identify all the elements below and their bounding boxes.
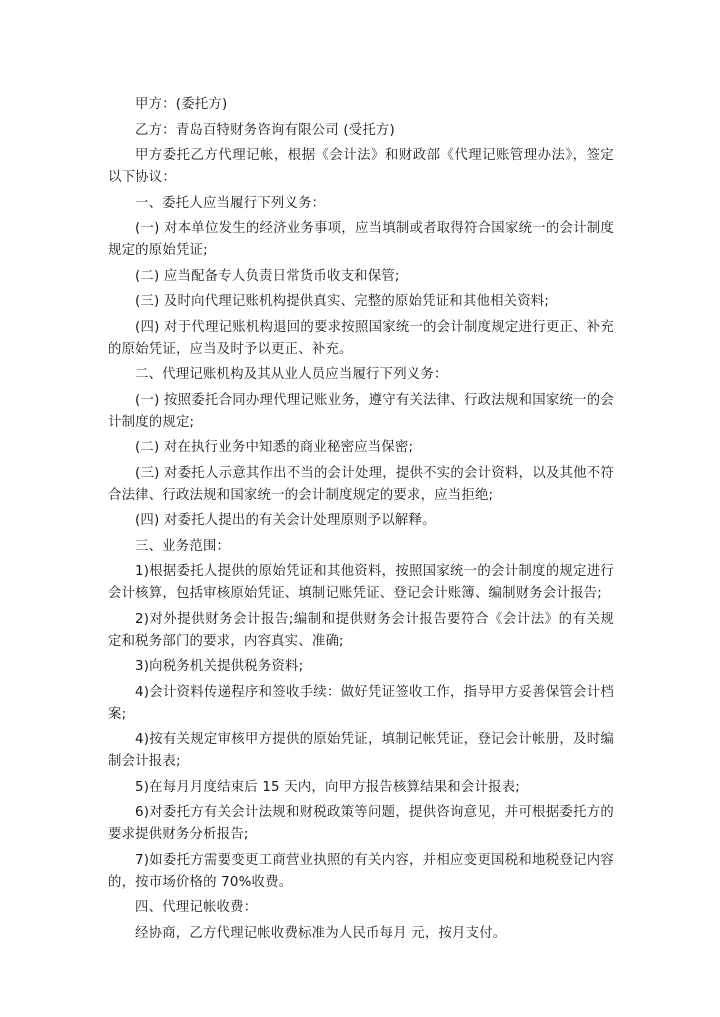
section-3-item-3: 3)向税务机关提供税务资料; [108, 656, 614, 678]
section-2-item-1: (一) 按照委托合同办理代理记账业务，遵守有关法律、行政法规和国家统一的会计制度… [108, 390, 614, 434]
section-3-item-6: 5)在每月月度结束后 15 天内，向甲方报告核算结果和会计报表; [108, 777, 614, 799]
section-3-item-4: 4)会计资料传递程序和签收手续：做好凭证签收工作，指导甲方妥善保管会计档案; [108, 682, 614, 726]
section-3-item-8: 7)如委托方需要变更工商营业执照的有关内容，并相应变更国税和地税登记内容的，按市… [108, 850, 614, 894]
section-1-item-4: (四) 对于代理记账机构退回的要求按照国家统一的会计制度规定进行更正、补充的原始… [108, 317, 614, 361]
section-3-item-1: 1)根据委托人提供的原始凭证和其他资料，按照国家统一的会计制度的规定进行会计核算… [108, 561, 614, 605]
section-3-item-5: 4)按有关规定审核甲方提供的原始凭证，填制记帐凭证，登记会计帐册，及时编制会计报… [108, 729, 614, 773]
party-b-line: 乙方：青岛百特财务咨询有限公司 (受托方) [108, 120, 614, 142]
section-4-item-1: 经协商，乙方代理记帐收费标准为人民币每月 元，按月支付。 [108, 923, 614, 945]
section-3-item-7: 6)对委托方有关会计法规和财税政策等问题，提供咨询意见，并可根据委托方的要求提供… [108, 802, 614, 846]
section-1-item-3: (三) 及时向代理记账机构提供真实、完整的原始凭证和其他相关资料; [108, 291, 614, 313]
section-2-item-4: (四) 对委托人提出的有关会计处理原则予以解释。 [108, 510, 614, 532]
section-4-heading: 四、代理记帐收费： [108, 897, 614, 919]
section-3-heading: 三、业务范围： [108, 536, 614, 558]
contract-document: 甲方：(委托方) 乙方：青岛百特财务咨询有限公司 (受托方) 甲方委托乙方代理记… [108, 94, 614, 948]
section-2-item-2: (二) 对在执行业务中知悉的商业秘密应当保密; [108, 437, 614, 459]
section-1-item-1: (一) 对本单位发生的经济业务事项，应当填制或者取得符合国家统一的会计制度规定的… [108, 218, 614, 262]
section-2-item-3: (三) 对委托人示意其作出不当的会计处理，提供不实的会计资料，以及其他不符合法律… [108, 463, 614, 507]
section-1-item-2: (二) 应当配备专人负责日常货币收支和保管; [108, 266, 614, 288]
party-a-line: 甲方：(委托方) [108, 94, 614, 116]
intro-paragraph: 甲方委托乙方代理记帐，根据《会计法》和财政部《代理记账管理办法》，签定以下协议： [108, 145, 614, 189]
section-1-heading: 一、委托人应当履行下列义务： [108, 193, 614, 215]
section-3-item-2: 2)对外提供财务会计报告;编制和提供财务会计报告要符合《会计法》的有关规定和税务… [108, 609, 614, 653]
section-2-heading: 二、代理记账机构及其从业人员应当履行下列义务： [108, 364, 614, 386]
